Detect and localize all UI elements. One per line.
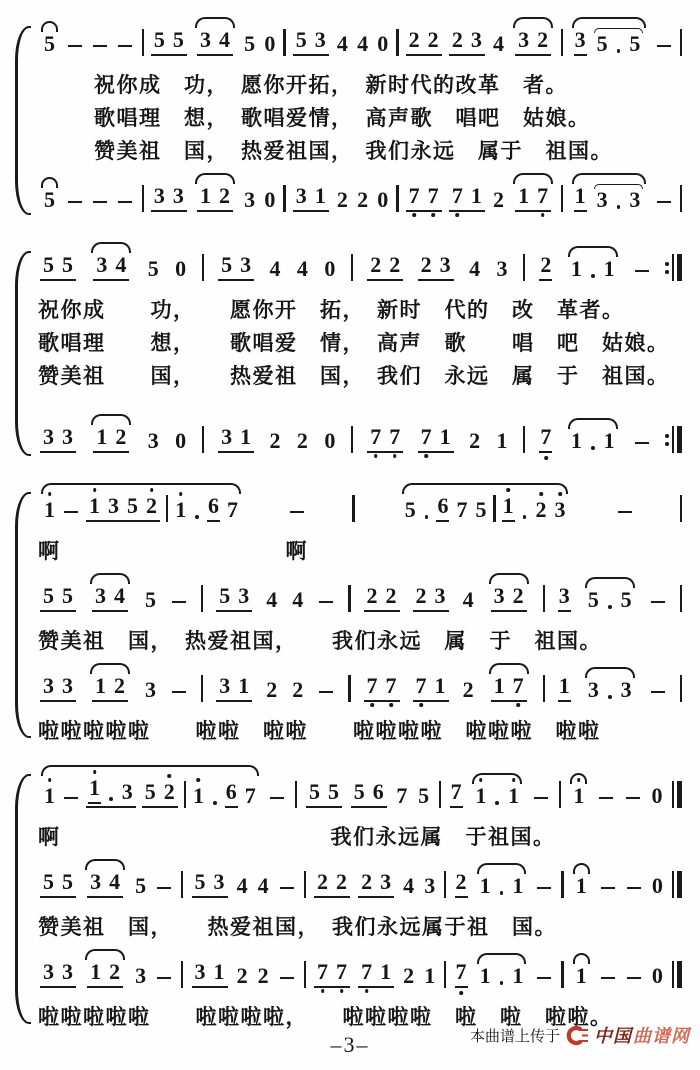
- note: 3: [314, 29, 327, 52]
- note-digit: 0: [377, 187, 388, 212]
- note-digit: 1: [494, 673, 505, 698]
- barline: [348, 675, 350, 702]
- repeat-barline: [665, 426, 681, 453]
- note-digit: 1: [508, 783, 519, 808]
- note: 4: [108, 871, 121, 894]
- note: 3: [558, 585, 571, 612]
- note: 2: [427, 29, 440, 52]
- note-digit: 2: [361, 869, 372, 894]
- duration-dash: [319, 691, 333, 693]
- slur-arc: 11352167: [40, 495, 242, 522]
- duration-dash: [172, 691, 186, 693]
- barline: [352, 495, 354, 522]
- note: 2: [163, 781, 176, 804]
- note-digit: 3: [43, 673, 54, 698]
- note-digit: 2: [535, 497, 546, 522]
- note: 1: [192, 785, 205, 808]
- note-digit: 7: [513, 673, 524, 698]
- note: 4: [462, 589, 475, 612]
- augmentation-dot: [495, 801, 499, 805]
- note: 7: [408, 185, 421, 208]
- high-octave-dot: [48, 778, 52, 782]
- low-octave-dot: [516, 703, 520, 707]
- beam-group: 12: [92, 675, 128, 702]
- note: 3: [237, 585, 250, 608]
- note: 7: [539, 426, 552, 453]
- note-digit: 0: [651, 783, 662, 808]
- note: 3: [107, 495, 120, 518]
- slur-arc: 11352167: [40, 777, 260, 808]
- note-digit: 5: [328, 779, 339, 804]
- duration-dash: [657, 45, 671, 47]
- augmentation-dot: [608, 695, 612, 699]
- note: 2: [415, 585, 428, 608]
- note: 5: [134, 875, 147, 898]
- note-digit: 2: [537, 27, 548, 52]
- note: 1: [572, 785, 585, 808]
- high-octave-dot: [539, 492, 543, 496]
- slur-arc: 11: [567, 430, 619, 453]
- note-digit: 5: [62, 583, 73, 608]
- note-digit: 2: [403, 963, 414, 988]
- note-digit: 1: [193, 783, 204, 808]
- note: 1: [89, 961, 102, 984]
- note: 5: [61, 585, 74, 608]
- note: 4: [291, 589, 304, 612]
- slur-arc: 1: [572, 965, 591, 988]
- beam-group: 32: [491, 585, 527, 612]
- system-bracket: [15, 492, 31, 738]
- lyric-line: 啊 啊: [38, 535, 684, 568]
- low-octave-dot: [544, 456, 548, 460]
- note-digit: 4: [270, 256, 281, 281]
- note-digit: 3: [221, 424, 232, 449]
- barline: [680, 585, 682, 612]
- note-digit: 7: [389, 424, 400, 449]
- note: 3: [95, 254, 108, 277]
- beam-group: 34: [92, 585, 128, 612]
- music-line: 5553450534402223432355: [38, 12, 684, 69]
- note-digit: 4: [115, 252, 126, 277]
- system-1: 5553450534402223432355祝你成 功， 愿你开拓， 新时代的改…: [12, 12, 684, 225]
- note-digit: 3: [296, 183, 307, 208]
- note-digit: 1: [435, 673, 446, 698]
- note: 3: [295, 185, 308, 208]
- note-digit: 1: [512, 963, 523, 988]
- note: 3: [172, 185, 185, 208]
- note: 7: [395, 785, 408, 808]
- note: 5: [220, 254, 233, 277]
- music-line: 33123312277712171110: [38, 944, 684, 1001]
- note-digit: 7: [396, 783, 407, 808]
- note: 5: [147, 258, 160, 281]
- slur-arc: 11: [476, 965, 528, 988]
- note-digit: 3: [219, 673, 230, 698]
- note-digit: 3: [135, 963, 146, 988]
- final-barline: [672, 961, 682, 988]
- note: 1: [570, 258, 583, 281]
- note: 4: [113, 585, 126, 608]
- note: 4: [336, 33, 349, 56]
- note-digit: 4: [357, 31, 368, 56]
- thick-barline: [677, 871, 682, 898]
- note: 5: [61, 871, 74, 894]
- slur-arc: 33: [584, 679, 636, 702]
- note: 3: [239, 254, 252, 277]
- final-barline: [672, 871, 682, 898]
- note: 5: [628, 33, 641, 56]
- note: 1: [439, 426, 452, 449]
- thick-barline: [677, 961, 682, 988]
- page-footer: –3– 本曲谱上传于 中国曲谱网: [0, 1022, 700, 1058]
- note-digit: 4: [109, 869, 120, 894]
- note-digit: 4: [219, 27, 230, 52]
- note-digit: 2: [266, 677, 277, 702]
- music-line: 33123031220777121711: [38, 409, 684, 466]
- beam-group: 77: [406, 185, 442, 212]
- note-digit: 3: [200, 27, 211, 52]
- note: 1: [479, 875, 492, 898]
- barline: [351, 254, 353, 281]
- music-line: 55345534422234321110: [38, 854, 684, 911]
- slur-arc: 17: [488, 675, 530, 702]
- note-digit: 7: [370, 424, 381, 449]
- note: 4: [468, 258, 481, 281]
- thick-barline: [677, 426, 682, 453]
- note: 7: [366, 675, 379, 698]
- repeat-dots: [665, 262, 669, 274]
- note: 7: [360, 961, 373, 984]
- note-digit: 3: [380, 869, 391, 894]
- lyric-line: 歌唱理 想， 歌唱爱 情， 高声 歌 唱 吧 姑娘。: [38, 327, 684, 360]
- note-digit: 4: [237, 873, 248, 898]
- lyric-line: 赞美祖 国， 热爱祖国， 我们永远属于祖 国。: [38, 911, 684, 944]
- beam-group: 56: [351, 781, 387, 808]
- note: 5: [353, 781, 366, 804]
- note-digit: 7: [540, 424, 551, 449]
- note-digit: 3: [95, 583, 106, 608]
- note-digit: 5: [629, 31, 640, 56]
- barline: [201, 585, 203, 612]
- beam-group: 17: [515, 185, 551, 212]
- note: 1: [479, 965, 492, 988]
- note: 5: [218, 585, 231, 608]
- note-digit: 2: [540, 252, 551, 277]
- note: 7: [451, 185, 464, 208]
- note-digit: 5: [309, 779, 320, 804]
- note-digit: 1: [576, 873, 587, 898]
- note-digit: 4: [493, 31, 504, 56]
- note: 3: [470, 29, 483, 52]
- note-digit: 7: [227, 497, 238, 522]
- note-digit: 5: [148, 256, 159, 281]
- beam-group: 32: [515, 29, 551, 56]
- barline: [672, 871, 674, 898]
- note-digit: 3: [90, 869, 101, 894]
- low-octave-dot: [431, 213, 435, 217]
- note: 4: [356, 33, 369, 56]
- note: 5: [417, 785, 430, 808]
- note-digit: 7: [386, 673, 397, 698]
- note: 4: [296, 258, 309, 281]
- note-digit: 2: [469, 428, 480, 453]
- note-digit: 7: [537, 183, 548, 208]
- beam-group: 33: [40, 675, 76, 702]
- note: 1: [474, 785, 487, 808]
- barline: [680, 675, 682, 702]
- note: 3: [587, 679, 600, 702]
- slur-arc: 11: [471, 785, 523, 808]
- note: 5: [596, 33, 609, 56]
- note-digit: 5: [219, 583, 230, 608]
- note: 7: [455, 961, 468, 988]
- note-digit: 4: [403, 873, 414, 898]
- note-digit: 1: [89, 493, 100, 518]
- beam-group: 23: [358, 871, 394, 898]
- note: 3: [61, 675, 74, 698]
- note: 5: [144, 589, 157, 612]
- note: 3: [61, 961, 74, 984]
- note-digit: 2: [337, 187, 348, 212]
- note-digit: 3: [122, 779, 133, 804]
- note: 2: [113, 675, 126, 698]
- note: 2: [336, 189, 349, 212]
- note: 3: [153, 185, 166, 208]
- note-digit: 1: [576, 963, 587, 988]
- beam-group: 22: [364, 585, 400, 612]
- augmentation-dot: [109, 797, 113, 801]
- system-bracket: [15, 774, 31, 1024]
- note-digit: 4: [292, 587, 303, 612]
- barline: [561, 185, 563, 212]
- lyric-line: 赞美祖 国， 热爱祖 国， 我们 永远 属 于 祖国。: [38, 360, 684, 393]
- barline: [181, 871, 183, 898]
- slur-arc: 5675123: [401, 495, 570, 522]
- note: 5: [172, 29, 185, 52]
- duration-dash: [651, 691, 665, 693]
- music-line: 1135216755567571110: [38, 760, 684, 821]
- high-octave-dot: [48, 492, 52, 496]
- note-digit: 1: [175, 497, 186, 522]
- slur-arc: 34: [89, 585, 131, 612]
- rest: 0: [650, 785, 663, 808]
- note: 7: [427, 185, 440, 208]
- slur-arc: 355: [571, 29, 648, 56]
- note: 1: [88, 495, 101, 518]
- note-digit: 1: [315, 183, 326, 208]
- note-digit: 2: [463, 677, 474, 702]
- barline: [201, 675, 203, 702]
- note-digit: 1: [518, 183, 529, 208]
- low-octave-dot: [412, 213, 416, 217]
- note: 2: [236, 965, 249, 988]
- barline: [543, 675, 545, 702]
- beam-group: 55: [40, 254, 76, 281]
- note-digit: 1: [575, 183, 586, 208]
- note-digit: 3: [554, 497, 565, 522]
- note: 3: [439, 254, 452, 277]
- note: 7: [316, 961, 329, 984]
- beam-group: 31: [216, 675, 252, 702]
- beam-group: 33: [40, 426, 76, 453]
- duration-dash: [599, 797, 613, 799]
- note: 5: [42, 254, 55, 277]
- lyric-line: 祝你成 功， 愿你开 拓， 新时 代的 改 革者。: [38, 294, 684, 327]
- note: 4: [402, 875, 415, 898]
- beam-group: 55: [151, 29, 187, 56]
- low-octave-dot: [389, 703, 393, 707]
- note-digit: 0: [652, 873, 663, 898]
- slur-arc: 12: [194, 185, 236, 212]
- note-digit: 3: [575, 27, 586, 52]
- note: 3: [42, 426, 55, 449]
- note-digit: 3: [154, 183, 165, 208]
- note: 7: [415, 675, 428, 698]
- note: 3: [94, 585, 107, 608]
- barline: [202, 254, 204, 281]
- note-digit: 6: [437, 493, 448, 518]
- beam-group: 31: [218, 426, 254, 453]
- note: 1: [511, 875, 524, 898]
- note: 2: [539, 254, 552, 281]
- note: 5: [308, 781, 321, 804]
- augmentation-dot: [608, 605, 612, 609]
- note: 5: [295, 29, 308, 52]
- duration-dash: [635, 442, 649, 444]
- note: 1: [570, 430, 583, 453]
- low-octave-dot: [424, 454, 428, 458]
- note: 1: [237, 675, 250, 698]
- beam-group: 55: [306, 781, 342, 808]
- note: 1: [213, 961, 226, 984]
- note-digit: 5: [221, 252, 232, 277]
- note: 1: [434, 675, 447, 698]
- note: 3: [493, 585, 506, 608]
- note: 2: [388, 254, 401, 277]
- note: 7: [536, 185, 549, 208]
- note-digit: 0: [377, 31, 388, 56]
- note-digit: 2: [109, 959, 120, 984]
- note-digit: 1: [95, 673, 106, 698]
- duration-dash: [280, 887, 294, 889]
- note: 3: [121, 781, 134, 804]
- barline: [348, 585, 350, 612]
- augmentation-dot: [523, 515, 527, 519]
- note-digit: 1: [424, 963, 435, 988]
- note: 7: [388, 426, 401, 449]
- slur-arc: 133: [571, 185, 648, 212]
- high-octave-dot: [512, 778, 516, 782]
- duration-dash: [627, 887, 641, 889]
- duration-dash: [537, 977, 551, 979]
- slur-arc: 11: [567, 258, 619, 281]
- note-digit: 7: [336, 959, 347, 984]
- music-line: 3312331227771217133: [38, 658, 684, 715]
- note-digit: 5: [173, 27, 184, 52]
- note-digit: 3: [424, 873, 435, 898]
- note-digit: 5: [195, 869, 206, 894]
- high-octave-dot: [197, 778, 201, 782]
- note-digit: 5: [418, 783, 429, 808]
- barline: [680, 185, 682, 212]
- beam-group: 33: [40, 961, 76, 988]
- beam-group: 34: [93, 254, 129, 281]
- note-digit: 2: [389, 252, 400, 277]
- note: 5: [126, 495, 139, 518]
- note: 2: [114, 426, 127, 449]
- duration-dash: [290, 511, 304, 513]
- beam-group: 53: [218, 254, 254, 281]
- rest: 0: [323, 430, 336, 453]
- note-digit: 1: [200, 183, 211, 208]
- beam-group: 52: [142, 781, 178, 808]
- note: 3: [194, 961, 207, 984]
- beam-group: 71: [418, 426, 454, 453]
- high-octave-dot: [93, 488, 97, 492]
- note: 1: [502, 495, 515, 522]
- duration-dash: [93, 45, 107, 47]
- barline: [561, 961, 563, 988]
- beam-group: 77: [314, 961, 350, 988]
- note-digit: 2: [386, 583, 397, 608]
- beam-group: 12: [197, 185, 233, 212]
- note: 2: [468, 430, 481, 453]
- lyric-line: 歌唱理 想， 歌唱爱情， 高声歌 唱吧 姑娘。: [38, 102, 684, 135]
- duration-dash: [601, 887, 615, 889]
- thick-barline: [677, 254, 682, 281]
- low-octave-dot: [321, 989, 325, 993]
- note-digit: 5: [43, 869, 54, 894]
- music-line: 5534553442223432355: [38, 568, 684, 625]
- note-digit: 7: [456, 497, 467, 522]
- note-digit: 5: [127, 493, 138, 518]
- note-digit: 3: [108, 493, 119, 518]
- barline: [351, 426, 353, 453]
- note-digit: 5: [475, 497, 486, 522]
- note: 4: [265, 589, 278, 612]
- note-digit: 2: [428, 27, 439, 52]
- note: 2: [402, 965, 415, 988]
- slur-arc: 11: [476, 875, 528, 898]
- note-digit: 2: [452, 27, 463, 52]
- note-digit: 3: [195, 959, 206, 984]
- note-digit: 5: [588, 587, 599, 612]
- augmentation-dot: [617, 49, 621, 53]
- note-digit: 3: [214, 869, 225, 894]
- note: 5: [144, 781, 157, 804]
- barline: [561, 29, 563, 56]
- barline: [672, 254, 674, 281]
- score: 5553450534402223432355祝你成 功， 愿你开拓， 新时代的改…: [12, 12, 684, 1034]
- note: 3: [147, 430, 160, 453]
- note: 1: [575, 965, 588, 988]
- note-digit: 4: [297, 256, 308, 281]
- augmentation-dot: [195, 515, 199, 519]
- note: 4: [269, 258, 282, 281]
- note-digit: 2: [421, 252, 432, 277]
- note-digit: 7: [428, 183, 439, 208]
- note-digit: 7: [456, 959, 467, 984]
- note-digit: 1: [240, 424, 251, 449]
- barline: [184, 781, 186, 808]
- note-digit: 6: [208, 493, 219, 518]
- note: 2: [462, 679, 475, 702]
- note-digit: 5: [621, 587, 632, 612]
- note: 2: [369, 254, 382, 277]
- slur-arc: 33: [593, 189, 645, 212]
- note-digit: 7: [421, 424, 432, 449]
- note: 3: [61, 426, 74, 449]
